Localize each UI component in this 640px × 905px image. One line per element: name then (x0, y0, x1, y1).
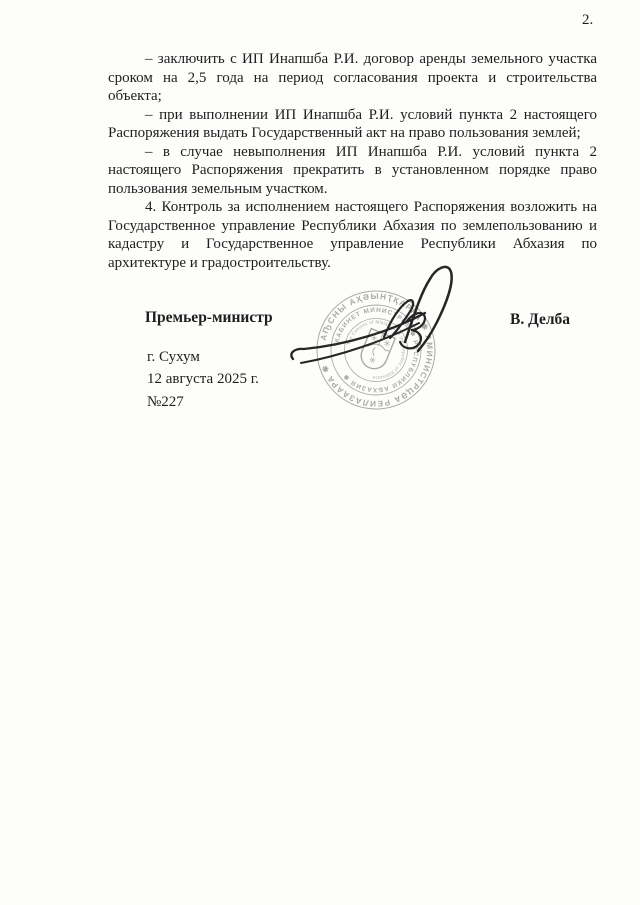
signature-ink (0, 0, 640, 905)
document-page: 2. – заключить с ИП Инапшба Р.И. договор… (0, 0, 640, 905)
